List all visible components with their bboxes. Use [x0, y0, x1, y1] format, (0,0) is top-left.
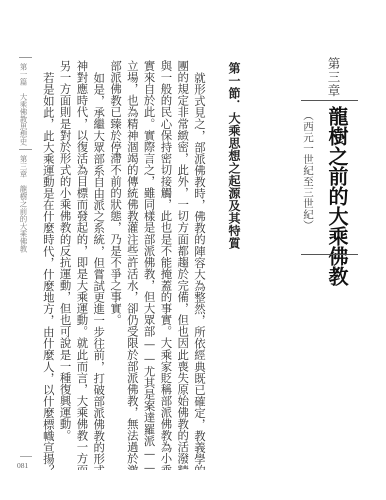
- body-column-3: 與一般的民心保持密切接觸，此也是不能掩蓋的事實。大乘家貶稱部派佛教為小乘（Hīn…: [158, 60, 175, 470]
- running-head-rule: [19, 57, 32, 58]
- page-number: 081: [17, 461, 28, 470]
- page-number-rule: [20, 456, 32, 457]
- body-column-4: 實來自於此。實際言之，雖同樣是部派佛教，但大眾部——尤其是案達羅派——卻是採取相…: [141, 60, 158, 470]
- body-column-9: 另一方面則是對於形式的小乘佛教的反抗運動，但也可說是一種復興運動。: [57, 60, 74, 470]
- body-column-2: 團的規定非常緻密，此外，一切方面都趨於完備，但也因此喪失原始佛教的活潑精神，甚至…: [174, 60, 191, 470]
- body-column-6: 部派佛教已臻於停滯不前的狀態，乃是不爭之事實。: [107, 60, 124, 470]
- body-text: 就形式見之，部派佛教時，佛教的陣容大為整然，所依經典既已確定，教義學的解釋也確定…: [40, 60, 208, 470]
- running-head-part: 第一篇 大乘佛教思想史: [19, 63, 28, 146]
- section-heading: 第一節．大乘思想之起源及其特質: [227, 62, 240, 250]
- body-column-7: 如是，承繼大眾部系自由派之系統，但嘗試更進一步往前，打破部派佛教的形式化，將佛陀…: [90, 60, 107, 470]
- body-column-5: 立場，也為精神涸竭的傳統佛教灌注些許活水，卻仍受限於部派佛教，無法過於激進，亦即…: [124, 60, 141, 470]
- chapter-rule-top: [301, 100, 358, 101]
- body-column-10: 若是如此，此大乘運動是在什麼時代，什麼地方，由什麼人，以什麼標幟宣揚？此當然無法…: [40, 60, 57, 470]
- chapter-subtitle: （西元一世紀至三世紀）: [302, 110, 314, 231]
- running-head-rule: [19, 149, 32, 150]
- chapter-rule-bottom: [301, 254, 358, 255]
- chapter-title: 龍樹之前的大乘佛教: [326, 106, 348, 286]
- body-column-1: 就形式見之，部派佛教時，佛教的陣容大為整然，所依經典既已確定，教義學的解釋也確定…: [191, 60, 208, 470]
- body-column-8: 神對應時代，以復活為目標而發起的，即是大乘運動。就此而言，大乘佛教一方面是小乘佛…: [74, 60, 91, 470]
- running-head-chapter: 第三章 龍樹之前的大乘佛教: [19, 155, 28, 253]
- chapter-label: 第三章: [324, 57, 342, 98]
